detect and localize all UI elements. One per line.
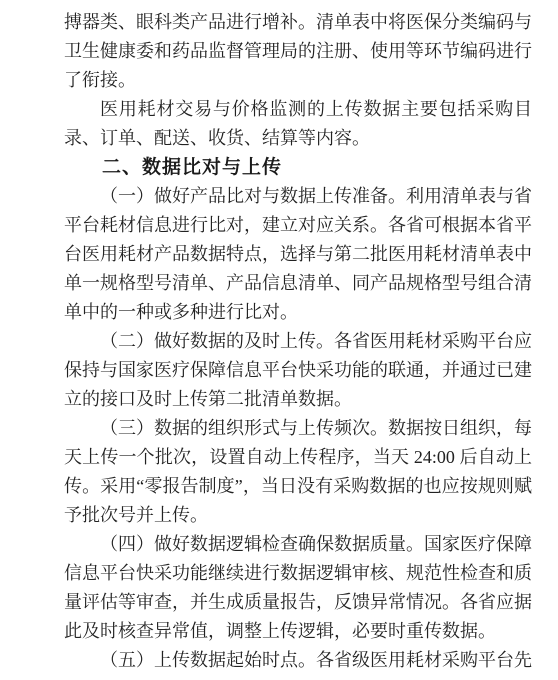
paragraph-line: 传。采用“零报告制度”，当日没有采购数据的也应按规则赋 [64, 472, 532, 501]
paragraph-line: 医用耗材交易与价格监测的上传数据主要包括采购目 [64, 95, 532, 124]
paragraph-line: 平台耗材信息进行比对，建立对应关系。各省可根据本省平 [64, 211, 532, 240]
paragraph-line: 立的接口及时上传第二批清单数据。 [64, 385, 532, 414]
paragraph-line: （一）做好产品比对与数据上传准备。利用清单表与省 [64, 182, 532, 211]
paragraph-line: 信息平台快采功能继续进行数据逻辑审核、规范性检查和质 [64, 559, 532, 588]
paragraph-line: （五）上传数据起始时点。各省级医用耗材采购平台先 [64, 646, 532, 675]
paragraph-line: 予批次号并上传。 [64, 501, 532, 530]
paragraph-line: 录、订单、配送、收货、结算等内容。 [64, 124, 532, 153]
paragraph-line: 单中的一种或多种进行比对。 [64, 298, 532, 327]
paragraph-line: 天上传一个批次，设置自动上传程序，当天 24:00 后自动上 [64, 443, 532, 472]
paragraph-line: 搏器类、眼科类产品进行增补。清单表中将医保分类编码与 [64, 8, 532, 37]
document-page: 搏器类、眼科类产品进行增补。清单表中将医保分类编码与卫生健康委和药品监督管理局的… [0, 0, 558, 680]
document-body: 搏器类、眼科类产品进行增补。清单表中将医保分类编码与卫生健康委和药品监督管理局的… [64, 8, 532, 675]
paragraph-line: 卫生健康委和药品监督管理局的注册、使用等环节编码进行 [64, 37, 532, 66]
paragraph-line: 单一规格型号清单、产品信息清单、同产品规格型号组合清 [64, 269, 532, 298]
paragraph-line: 保持与国家医疗保障信息平台快采功能的联通，并通过已建 [64, 356, 532, 385]
paragraph-line: 此及时核查异常值，调整上传逻辑，必要时重传数据。 [64, 617, 532, 646]
paragraph-line: （三）数据的组织形式与上传频次。数据按日组织，每 [64, 414, 532, 443]
paragraph-line: 台医用耗材产品数据特点，选择与第二批医用耗材清单表中 [64, 240, 532, 269]
paragraph-line: （四）做好数据逻辑检查确保数据质量。国家医疗保障 [64, 530, 532, 559]
paragraph-line: 了衔接。 [64, 66, 532, 95]
section-heading: 二、数据比对与上传 [64, 153, 532, 182]
paragraph-line: （二）做好数据的及时上传。各省医用耗材采购平台应 [64, 327, 532, 356]
paragraph-line: 量评估等审查，并生成质量报告，反馈异常情况。各省应据 [64, 588, 532, 617]
